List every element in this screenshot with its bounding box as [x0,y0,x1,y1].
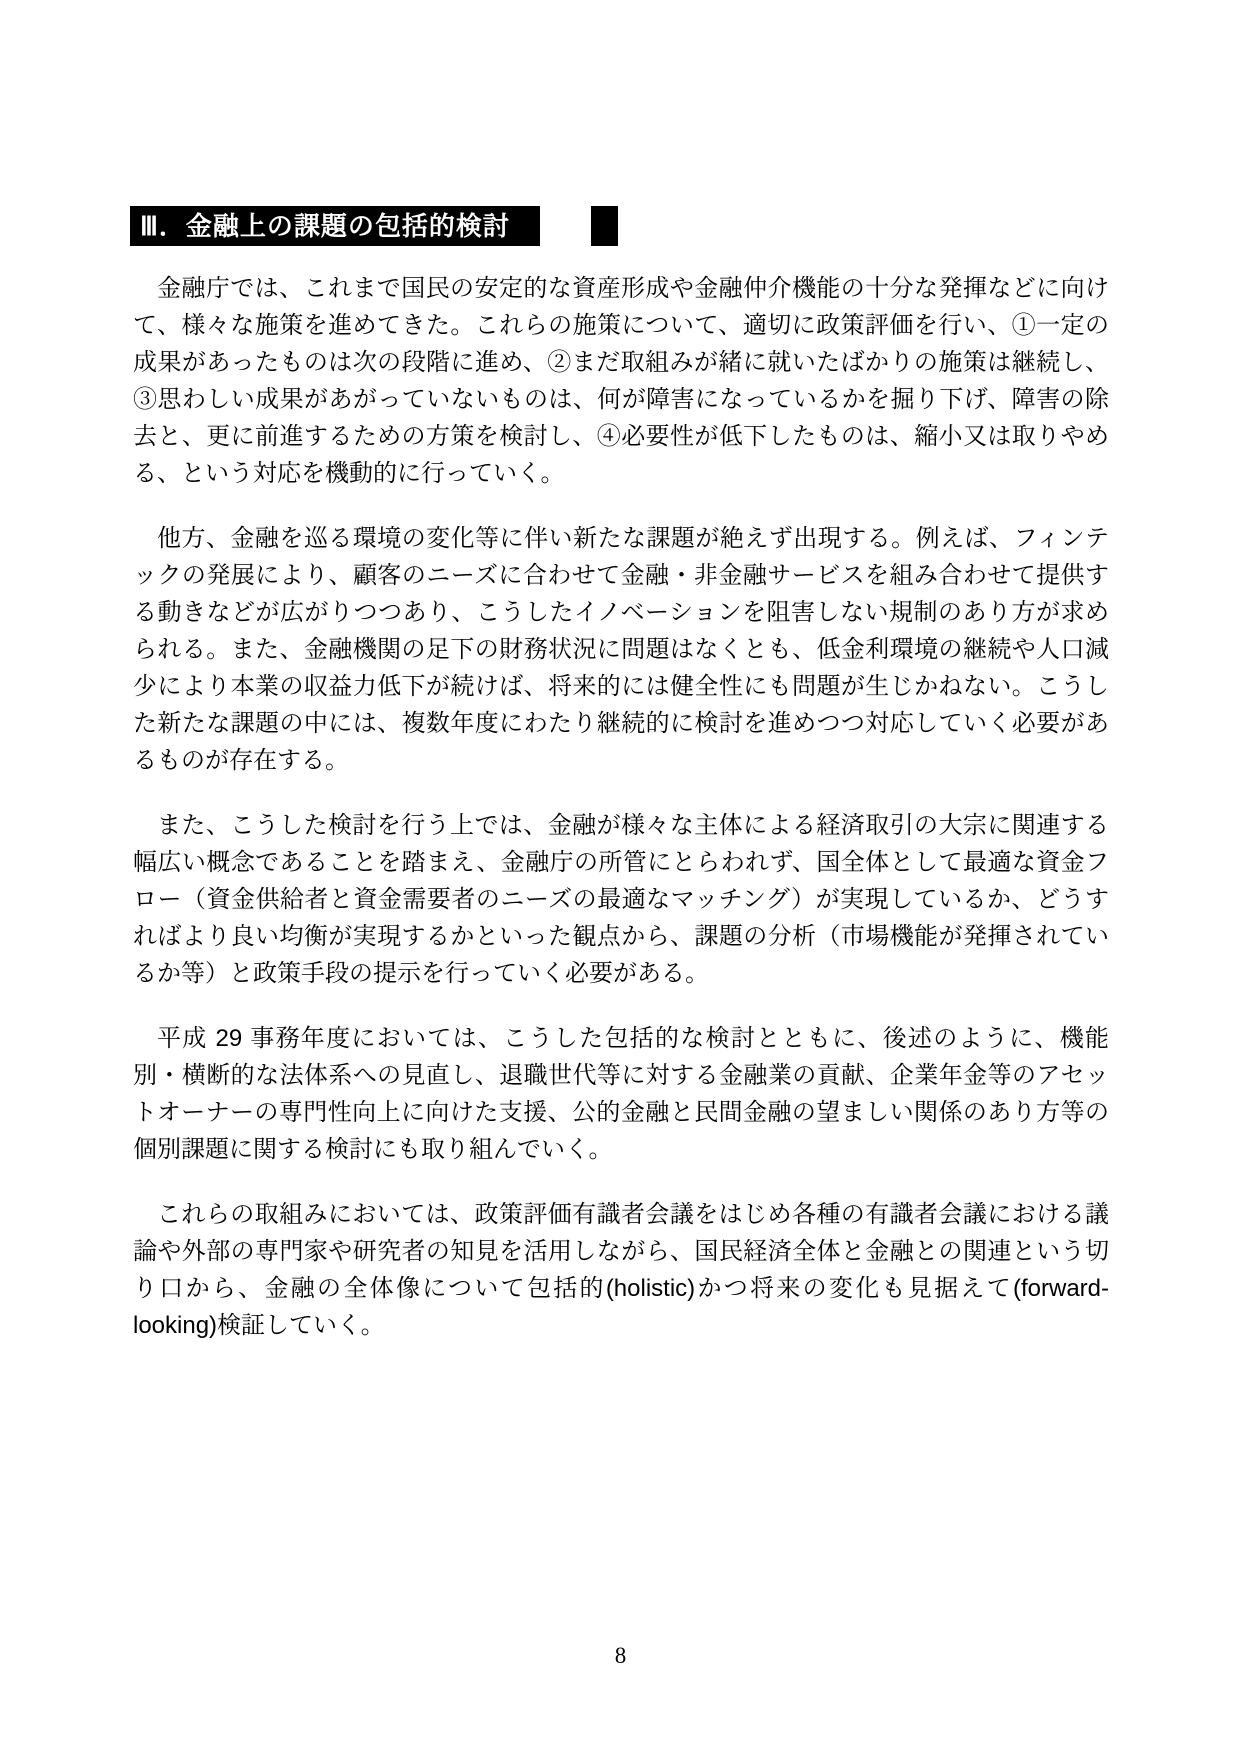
body-paragraph: また、こうした検討を行う上では、金融が様々な主体による経済取引の大宗に関連する幅… [133,807,1109,992]
heading-highlight-tail [591,206,618,246]
section-heading: Ⅲ．金融上の課題の包括的検討 [130,206,540,246]
body-paragraph: これらの取組みにおいては、政策評価有識者会議をはじめ各種の有識者会議における議論… [133,1196,1109,1344]
body-paragraph: 金融庁では、これまで国民の安定的な資産形成や金融仲介機能の十分な発揮などに向けて… [133,270,1109,492]
page-number: 8 [0,1643,1241,1669]
document-page: Ⅲ．金融上の課題の包括的検討 金融庁では、これまで国民の安定的な資産形成や金融仲… [0,0,1241,1754]
body-paragraph: 他方、金融を巡る環境の変化等に伴い新たな課題が絶えず出現する。例えば、フィンテッ… [133,520,1109,779]
body-paragraph: 平成 29 事務年度においては、こうした包括的な検討とともに、後述のように、機能… [133,1020,1109,1168]
body-text-block: 金融庁では、これまで国民の安定的な資産形成や金融仲介機能の十分な発揮などに向けて… [133,270,1109,1372]
